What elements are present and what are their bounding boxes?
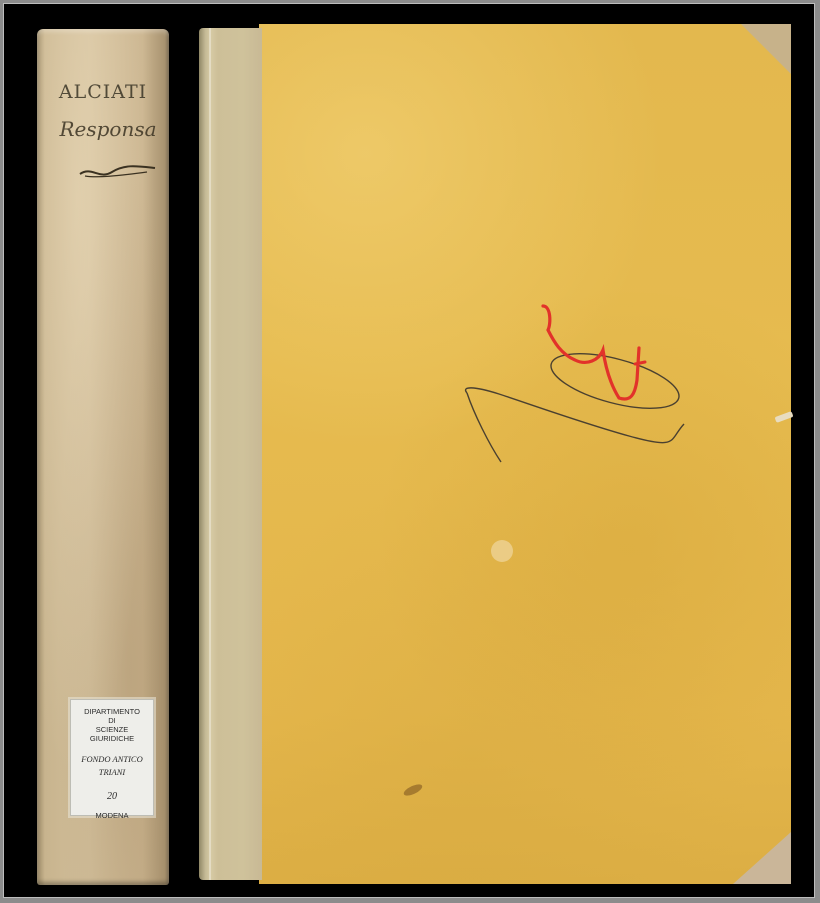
- label-city: MODENA: [71, 811, 153, 820]
- corner-protector-bottom: [733, 832, 791, 884]
- label-line: SCIENZE: [71, 725, 153, 734]
- label-line: GIURIDICHE: [71, 734, 153, 743]
- label-line: TRIANI: [71, 766, 153, 779]
- cover-paper: [259, 24, 791, 884]
- stain: [491, 540, 513, 562]
- library-label: DIPARTIMENTO DI SCIENZE GIURIDICHE FONDO…: [70, 699, 154, 816]
- spine-title-text: Responsa: [37, 117, 169, 141]
- spine-author-text: ALCIATI: [37, 81, 169, 103]
- label-line: DIPARTIMENTO: [71, 707, 153, 716]
- book-cover: [199, 24, 791, 884]
- label-department: DIPARTIMENTO DI SCIENZE GIURIDICHE: [71, 707, 153, 743]
- corner-protector-top: [741, 24, 791, 74]
- flourish-ornament-icon: [77, 162, 157, 182]
- label-line: DI: [71, 716, 153, 725]
- cover-vellum-strip: [199, 28, 262, 880]
- book-spine: ALCIATI Responsa DIPARTIMENTO DI SCIENZE…: [37, 29, 169, 885]
- label-collection: FONDO ANTICO TRIANI: [71, 753, 153, 779]
- label-line: FONDO ANTICO: [71, 753, 153, 766]
- label-number: 20: [71, 791, 153, 802]
- photo-frame: ALCIATI Responsa DIPARTIMENTO DI SCIENZE…: [3, 3, 815, 898]
